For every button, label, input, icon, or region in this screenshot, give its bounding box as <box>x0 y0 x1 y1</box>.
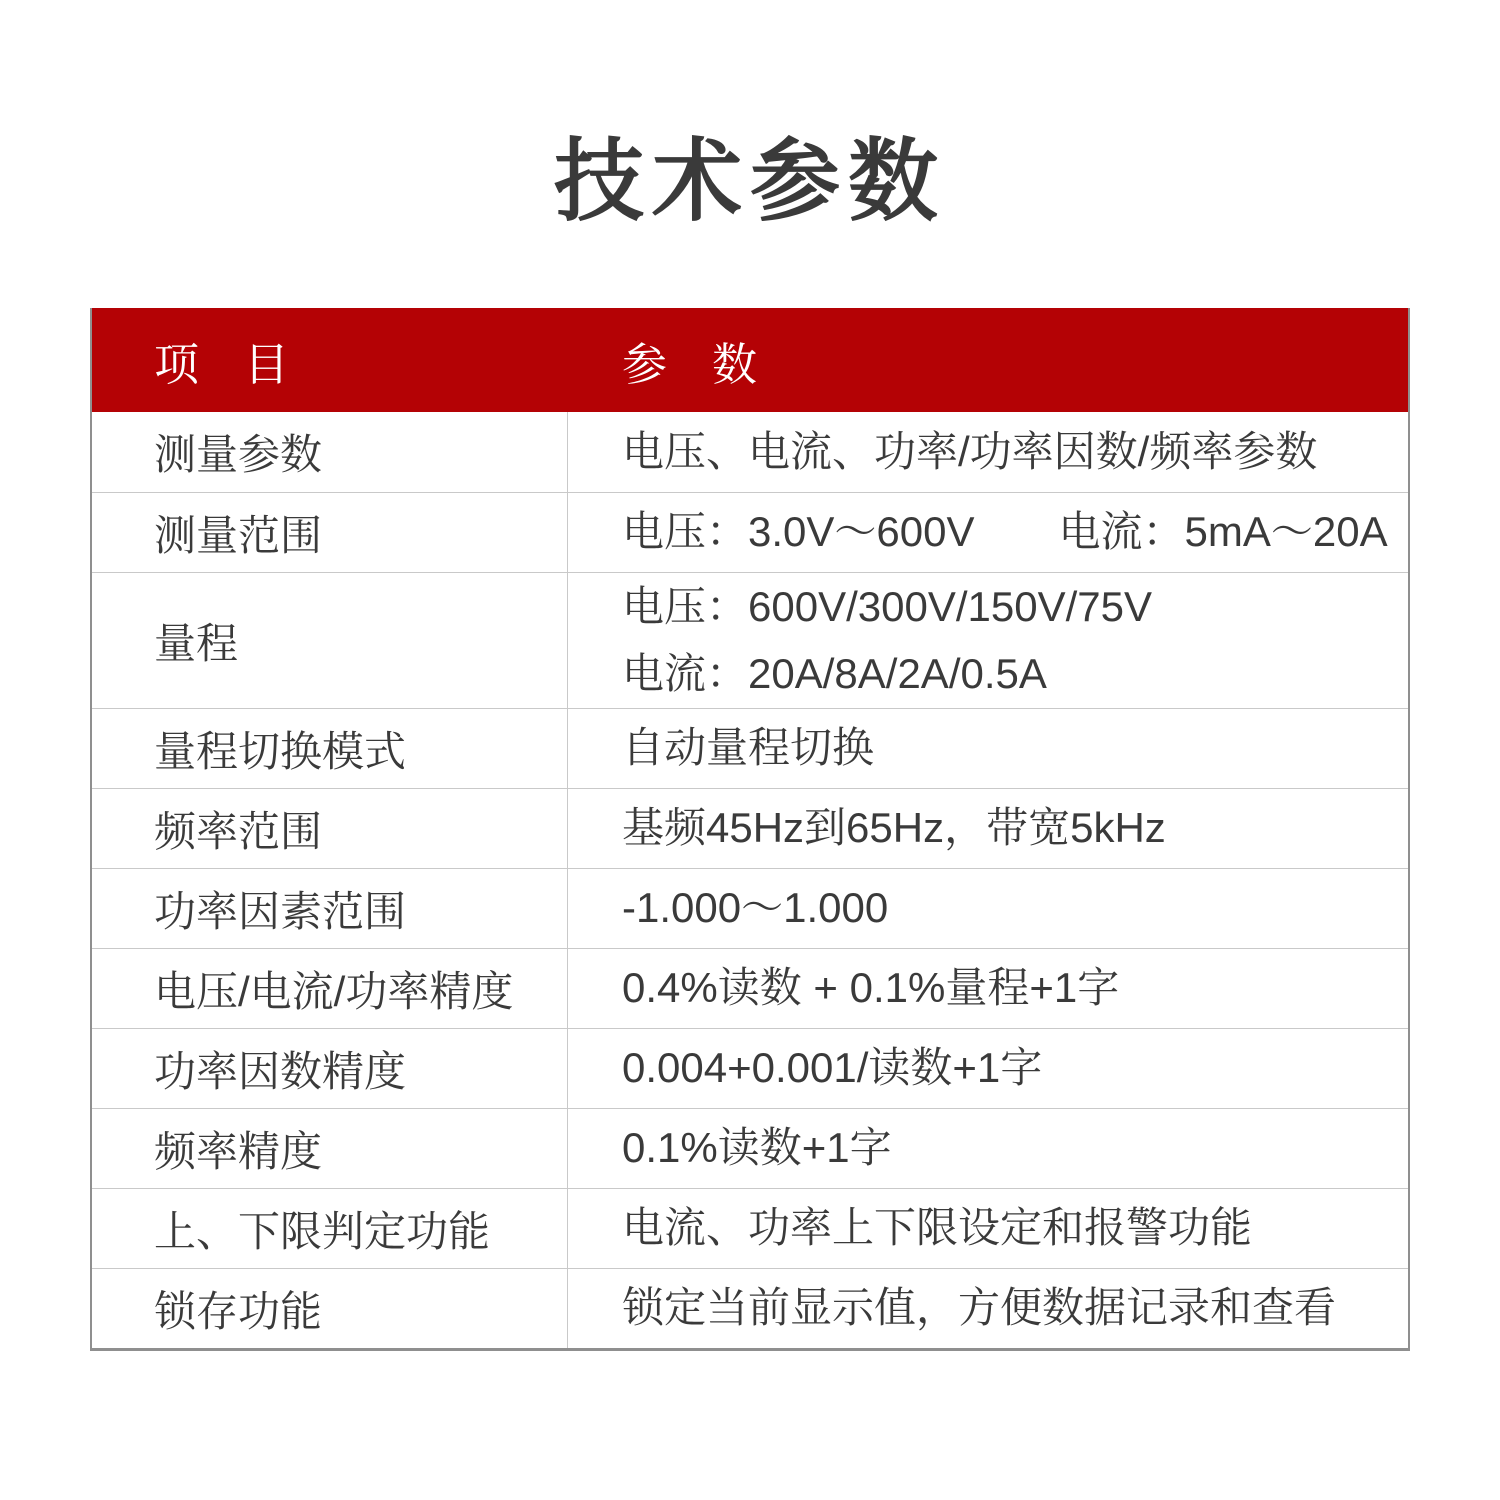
table-row: 锁存功能 锁定当前显示值，方便数据记录和查看 <box>92 1268 1408 1348</box>
table-row: 上、下限判定功能 电流、功率上下限设定和报警功能 <box>92 1188 1408 1268</box>
header-item-column: 项 目 <box>92 328 568 393</box>
table-row: 测量参数 电压、电流、功率/功率因数/频率参数 <box>92 412 1408 492</box>
table-row: 量程切换模式 自动量程切换 <box>92 708 1408 788</box>
row-label: 量程 <box>92 573 568 708</box>
row-label: 测量参数 <box>92 412 568 492</box>
row-label: 上、下限判定功能 <box>92 1189 568 1268</box>
row-label: 锁存功能 <box>92 1269 568 1348</box>
row-value: 电压：3.0V～600V 电流：5mA～20A <box>568 493 1408 572</box>
table-row: 量程 电压：600V/300V/150V/75V 电流：20A/8A/2A/0.… <box>92 572 1408 708</box>
table-row: 频率精度 0.1%读数+1字 <box>92 1108 1408 1188</box>
table-row: 测量范围 电压：3.0V～600V 电流：5mA～20A <box>92 492 1408 572</box>
row-value: 电流、功率上下限设定和报警功能 <box>568 1189 1408 1268</box>
row-value: 自动量程切换 <box>568 709 1408 788</box>
row-value: 基频45Hz到65Hz，带宽5kHz <box>568 789 1408 868</box>
table-row: 功率因素范围 -1.000～1.000 <box>92 868 1408 948</box>
table-row: 功率因数精度 0.004+0.001/读数+1字 <box>92 1028 1408 1108</box>
page-title: 技术参数 <box>0 128 1500 236</box>
row-value: 电压、电流、功率/功率因数/频率参数 <box>568 412 1408 492</box>
row-label: 功率因素范围 <box>92 869 568 948</box>
table-row: 频率范围 基频45Hz到65Hz，带宽5kHz <box>92 788 1408 868</box>
row-label: 电压/电流/功率精度 <box>92 949 568 1028</box>
row-value: 0.1%读数+1字 <box>568 1109 1408 1188</box>
header-parameter-column: 参 数 <box>568 328 1408 393</box>
row-value: 0.004+0.001/读数+1字 <box>568 1029 1408 1108</box>
row-label: 功率因数精度 <box>92 1029 568 1108</box>
table-header-row: 项 目 参 数 <box>92 308 1408 412</box>
spec-sheet: 技术参数 项 目 参 数 测量参数 电压、电流、功率/功率因数/频率参数 测量范… <box>0 128 1500 1351</box>
row-label: 频率范围 <box>92 789 568 868</box>
table-row: 电压/电流/功率精度 0.4%读数 + 0.1%量程+1字 <box>92 948 1408 1028</box>
row-value: 锁定当前显示值，方便数据记录和查看 <box>568 1269 1408 1348</box>
row-label: 测量范围 <box>92 493 568 572</box>
row-value: -1.000～1.000 <box>568 869 1408 948</box>
spec-table: 项 目 参 数 测量参数 电压、电流、功率/功率因数/频率参数 测量范围 电压：… <box>90 308 1410 1351</box>
row-label: 频率精度 <box>92 1109 568 1188</box>
row-label: 量程切换模式 <box>92 709 568 788</box>
row-value: 电压：600V/300V/150V/75V 电流：20A/8A/2A/0.5A <box>568 573 1408 708</box>
row-value: 0.4%读数 + 0.1%量程+1字 <box>568 949 1408 1028</box>
